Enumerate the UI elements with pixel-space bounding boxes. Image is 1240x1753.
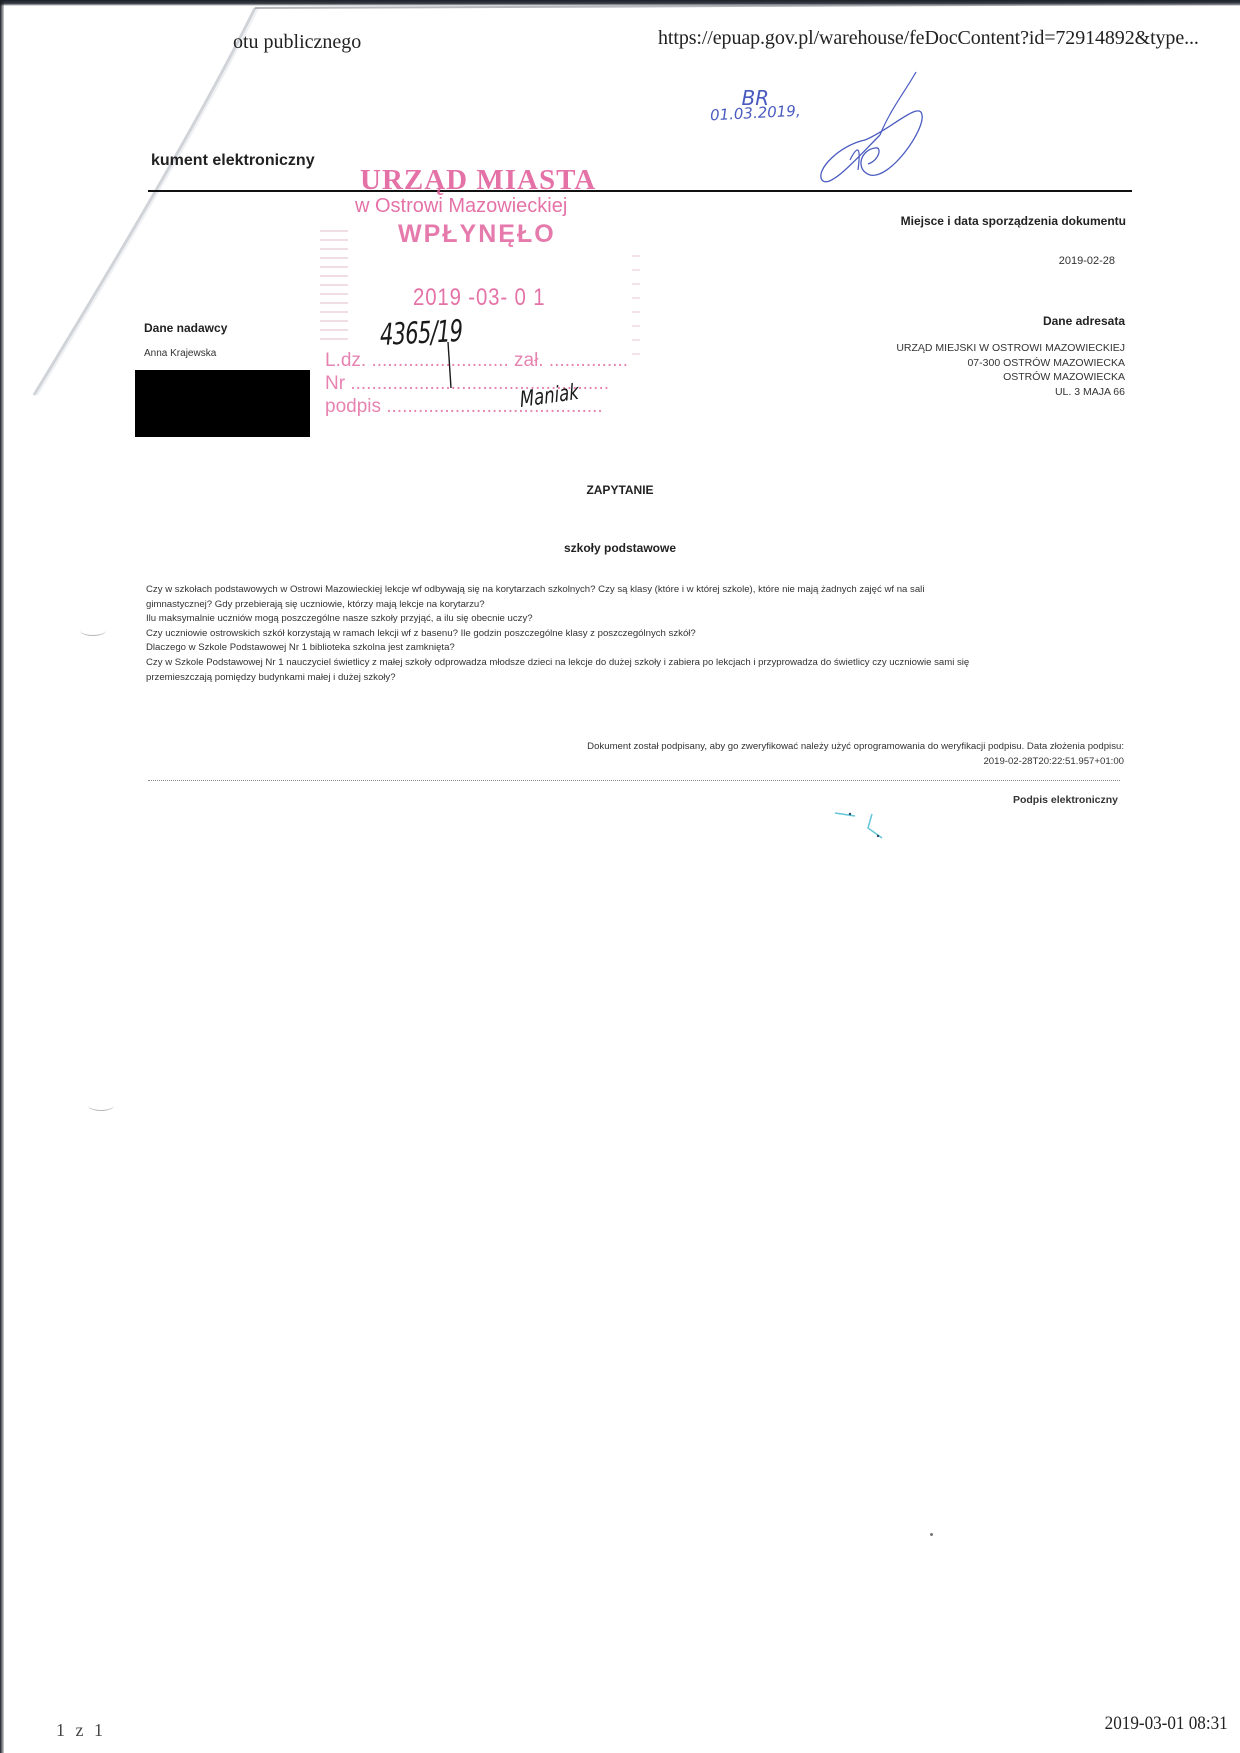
sender-address-redaction [135, 370, 310, 437]
stamp-received: WPŁYNĘŁO [398, 220, 556, 249]
body-line: gimnastycznej? Gdy przebierają się uczni… [146, 598, 1076, 613]
stamp-zal-label: zał. [514, 350, 544, 371]
body-line: przemieszczają pomiędzy budynkami małej … [146, 671, 1076, 686]
signature-note: Dokument został podpisany, aby go zweryf… [587, 740, 1124, 769]
stamp-podpis-label: podpis [325, 396, 381, 417]
stamp-faint-marks [632, 255, 640, 355]
stamp-ldz-row: L.dz. .......................... zał. ..… [325, 350, 628, 372]
body-line: Dlaczego w Szkole Podstawowej Nr 1 bibli… [146, 641, 1076, 656]
recipient-line: UL. 3 MAJA 66 [896, 385, 1125, 400]
received-stamp: URZĄD MIASTA w Ostrowi Mazowieckiej WPŁY… [320, 160, 660, 440]
scan-edge-top [0, 0, 1240, 6]
print-header-title-fragment: otu publicznego [233, 31, 361, 54]
recipient-line: URZĄD MIEJSKI W OSTROWI MAZOWIECKIEJ [896, 341, 1125, 356]
handwritten-stroke [445, 340, 455, 390]
document-title: ZAPYTANIE [0, 483, 1240, 497]
blue-ink-signature [810, 60, 940, 200]
document-body: Czy w szkołach podstawowych w Ostrowi Ma… [146, 583, 1076, 685]
body-line: Czy w szkołach podstawowych w Ostrowi Ma… [146, 583, 1076, 598]
stamp-title: URZĄD MIASTA [360, 164, 596, 197]
signature-note-text: Dokument został podpisany, aby go zweryf… [587, 740, 1124, 755]
electronic-signature-label: Podpis elektroniczny [1013, 794, 1118, 806]
recipient-line: 07-300 OSTRÓW MAZOWIECKA [896, 356, 1125, 371]
recipient-label: Dane adresata [1043, 314, 1125, 328]
recipient-address: URZĄD MIEJSKI W OSTROWI MAZOWIECKIEJ 07-… [896, 341, 1125, 399]
body-line: Ilu maksymalnie uczniów mogą poszczególn… [146, 612, 1076, 627]
handwritten-receipt-note: BR 01.03.2019, [710, 86, 801, 122]
body-line: Czy w Szkole Podstawowej Nr 1 nauczyciel… [146, 656, 1076, 671]
stamp-date: 2019 -03- 0 1 [413, 284, 545, 312]
signature-timestamp: 2019-02-28T20:22:51.957+01:00 [587, 755, 1124, 770]
scan-edge-left [0, 0, 4, 1753]
stamp-city: w Ostrowi Mazowieckiej [355, 195, 567, 218]
print-footer-page-number: 1 z 1 [56, 1720, 106, 1741]
scan-speck [930, 1533, 933, 1536]
body-line: Czy uczniowie ostrowskich szkół korzysta… [146, 627, 1076, 642]
scan-smudge [88, 1100, 114, 1111]
recipient-line: OSTRÓW MAZOWIECKA [896, 370, 1125, 385]
place-date-label: Miejsce i data sporządzenia dokumentu [901, 214, 1126, 228]
print-header-url: https://epuap.gov.pl/warehouse/feDocCont… [658, 27, 1199, 50]
scan-smudge [80, 625, 106, 636]
print-footer-datetime: 2019-03-01 08:31 [1105, 1713, 1228, 1735]
document-subject: szkoły podstawowe [0, 541, 1240, 555]
sender-name: Anna Krajewska [144, 348, 216, 359]
stamp-faint-marks [320, 230, 348, 340]
sender-label: Dane nadawcy [144, 321, 227, 335]
handwritten-date: 01.03.2019, [710, 102, 801, 125]
signature-divider [148, 780, 1120, 781]
place-date-value: 2019-02-28 [1059, 255, 1115, 267]
stamp-nr-label: Nr [325, 373, 345, 394]
scan-artifact-marks [830, 808, 890, 848]
document-type-label: kument elektroniczny [151, 152, 315, 170]
stamp-ldz-label: L.dz. [325, 350, 366, 371]
